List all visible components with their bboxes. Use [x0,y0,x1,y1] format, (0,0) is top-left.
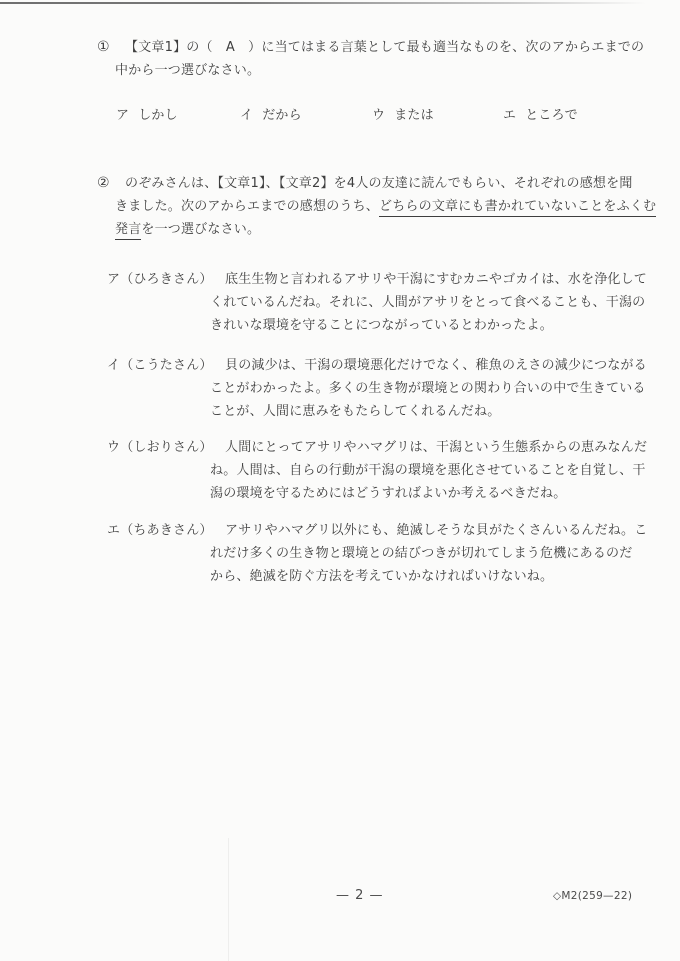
question-2-line-3-plain: を一つ選びなさい。 [141,222,260,237]
comment-shiori: ウ（しおりさん） 人間にとってアサリやハマグリは、干潟という生態系からの恵みなん… [107,436,652,505]
speaker-label-kouta: イ（こうたさん） [107,354,225,377]
comment-kouta-name: （こうたさん） [120,358,212,373]
scan-artifact-top-line [0,2,680,4]
comment-shiori-mark: ウ [107,440,120,455]
speaker-label-chiaki: エ（ちあきさん） [107,519,225,542]
comment-hiroki-text-3: きれいな環境を守ることにつながっているとわかったよ。 [210,314,652,337]
choice-i: イだから [240,104,302,127]
comment-hiroki-line-1: ア（ひろきさん） 底生生物と言われるアサリや干潟にすむカニやゴカイは、水を浄化し… [107,268,652,291]
choice-a-mark: ア [116,108,129,123]
choice-i-mark: イ [240,108,253,123]
question-2-text: のぞみさんは、【文章1】、【文章2】を4人の友達に読んでもらい、それぞれの感想を… [125,176,633,191]
choice-e: エところで [503,104,578,127]
comment-chiaki-text-2: れだけ多くの生き物と環境との結びつきが切れてしまう危機にあるのだ [210,542,652,565]
question-2-underlined-phrase: どちらの文章にも書かれていないことをふくむ [379,199,656,217]
comment-kouta-text-2: ことがわかったよ。多くの生き物が環境との関わり合いの中で生きている [210,377,652,400]
comment-hiroki: ア（ひろきさん） 底生生物と言われるアサリや干潟にすむカニやゴカイは、水を浄化し… [107,268,652,337]
comment-chiaki-text-1: アサリやハマグリ以外にも、絶滅しそうな貝がたくさんいるんだね。こ [225,519,647,542]
scan-artifact-crease [228,838,229,961]
page-number: — 2 — [336,888,384,903]
comment-hiroki-text-1: 底生生物と言われるアサリや干潟にすむカニやゴカイは、水を浄化して [225,268,647,291]
question-1-text: 【文章1】の（ A ）に当てはまる言葉として最も適当なものを、次のアからエまでの [125,40,644,55]
comment-shiori-text-2: ね。人間は、自らの行動が干潟の環境を悪化させていることを自覚し、干 [210,459,652,482]
choice-e-text: ところで [525,108,578,123]
comment-shiori-text-3: 潟の環境を守るためにはどうすればよいか考えるべきだね。 [210,482,652,505]
question-2: ②のぞみさんは、【文章1】、【文章2】を4人の友達に読んでもらい、それぞれの感想… [97,172,642,241]
exam-scan-page: ①【文章1】の（ A ）に当てはまる言葉として最も適当なものを、次のアからエまで… [0,0,680,961]
question-1-line-2: 中から一つ選びなさい。 [115,59,642,82]
comment-kouta: イ（こうたさん） 貝の減少は、干潟の環境悪化だけでなく、稚魚のえさの減少につなが… [107,354,652,423]
question-1: ①【文章1】の（ A ）に当てはまる言葉として最も適当なものを、次のアからエまで… [97,36,642,82]
comment-kouta-text-1: 貝の減少は、干潟の環境悪化だけでなく、稚魚のえさの減少につながる [225,354,647,377]
comment-shiori-name: （しおりさん） [120,440,212,455]
comment-chiaki-text-3: から、絶滅を防ぐ方法を考えていかなければいけないね。 [210,565,652,588]
comment-shiori-text-1: 人間にとってアサリやハマグリは、干潟という生態系からの恵みなんだ [225,436,647,459]
choice-u: ウまたは [372,104,434,127]
comment-hiroki-mark: ア [107,272,120,287]
comment-hiroki-text-2: くれているんだね。それに、人間がアサリをとって食べることも、干潟の [210,291,652,314]
comment-chiaki: エ（ちあきさん） アサリやハマグリ以外にも、絶滅しそうな貝がたくさんいるんだね。… [107,519,652,588]
question-1-line-1: ①【文章1】の（ A ）に当てはまる言葉として最も適当なものを、次のアからエまで… [97,36,642,59]
speaker-label-hiroki: ア（ひろきさん） [107,268,225,291]
question-1-choices: アしかし イだから ウまたは エところで [0,104,680,127]
comment-chiaki-name: （ちあきさん） [120,523,212,538]
question-2-line-2: きました。次のアからエまでの感想のうち、どちらの文章にも書かれていないことをふく… [115,195,642,218]
choice-a-text: しかし [138,108,178,123]
question-2-underlined-word: 発言 [115,222,141,240]
comment-chiaki-mark: エ [107,523,120,538]
print-code: ◇M2(259—22) [553,890,632,902]
choice-i-text: だから [262,108,302,123]
comment-shiori-line-1: ウ（しおりさん） 人間にとってアサリやハマグリは、干潟という生態系からの恵みなん… [107,436,652,459]
choice-u-mark: ウ [372,108,385,123]
choice-u-text: または [394,108,434,123]
comment-kouta-line-1: イ（こうたさん） 貝の減少は、干潟の環境悪化だけでなく、稚魚のえさの減少につなが… [107,354,652,377]
question-2-line-2-plain: きました。次のアからエまでの感想のうち、 [115,199,379,214]
question-2-line-3: 発言を一つ選びなさい。 [115,218,642,241]
choice-e-mark: エ [503,108,516,123]
question-2-line-1: ②のぞみさんは、【文章1】、【文章2】を4人の友達に読んでもらい、それぞれの感想… [97,172,642,195]
speaker-label-shiori: ウ（しおりさん） [107,436,225,459]
comment-kouta-mark: イ [107,358,120,373]
question-2-number: ② [97,172,125,195]
choice-a: アしかし [116,104,178,127]
question-1-number: ① [97,36,125,59]
comment-chiaki-line-1: エ（ちあきさん） アサリやハマグリ以外にも、絶滅しそうな貝がたくさんいるんだね。… [107,519,652,542]
comment-hiroki-name: （ひろきさん） [120,272,212,287]
comment-kouta-text-3: ことが、人間に恵みをもたらしてくれるんだね。 [210,400,652,423]
